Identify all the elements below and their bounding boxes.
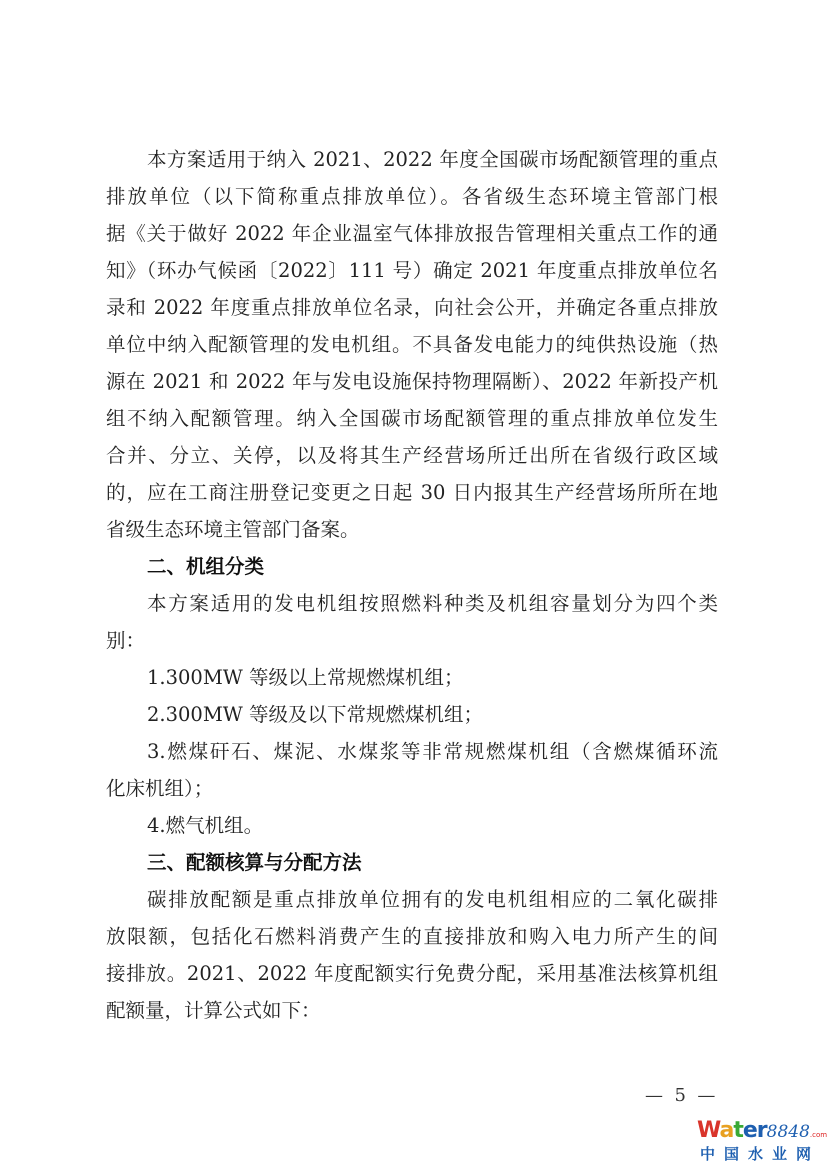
text-line: 排放单位（以下简称重点排放单位）。各省级生态环境主管部门根 <box>106 185 718 209</box>
text-line: 的，应在工商注册登记变更之日起 30 日内报其生产经营场所所在地 <box>106 481 718 505</box>
text-line: 录和 2022 年度重点排放单位名录，向社会公开，并确定各重点排放 <box>106 296 718 320</box>
logo-number: 8848 <box>767 1122 810 1142</box>
page-number: — 5 — <box>645 1086 715 1106</box>
logo-water-text: Water <box>697 1118 767 1143</box>
text-line: 合并、分立、关停，以及将其生产经营场所迁出所在省级行政区域 <box>106 444 718 468</box>
list-item-continuation: 化床机组）； <box>106 777 718 801</box>
text-line: 单位中纳入配额管理的发电机组。不具备发电能力的纯供热设施（热 <box>106 333 718 357</box>
logo-suffix: .com <box>810 1131 827 1139</box>
logo-letter: W <box>697 1118 719 1143</box>
text-line: 本方案适用的发电机组按照燃料种类及机组容量划分为四个类 <box>147 592 718 616</box>
text-line: 放限额，包括化石燃料消费产生的直接排放和购入电力所产生的间 <box>106 925 718 949</box>
section-heading-unit-classification: 二、机组分类 <box>147 555 264 579</box>
text-line: 配额量，计算公式如下： <box>106 999 718 1023</box>
logo-letter: e <box>743 1118 757 1143</box>
logo-letter: r <box>757 1118 767 1143</box>
text-line: 知》（环办气候函〔2022〕111 号）确定 2021 年度重点排放单位名 <box>106 259 718 283</box>
list-item: 1.300MW 等级以上常规燃煤机组； <box>147 666 718 690</box>
list-item: 2.300MW 等级及以下常规燃煤机组； <box>147 703 718 727</box>
logo-subtitle: 中国水业网 <box>700 1143 820 1164</box>
water8848-logo: Water8848.com 中国水业网 <box>697 1120 822 1164</box>
list-item: 3.燃煤矸石、煤泥、水煤浆等非常规燃煤机组（含燃煤循环流 <box>147 740 718 764</box>
text-line: 本方案适用于纳入 2021、2022 年度全国碳市场配额管理的重点 <box>147 148 718 172</box>
text-line: 别： <box>106 629 718 653</box>
text-line: 据《关于做好 2022 年企业温室气体排放报告管理相关重点工作的通 <box>106 222 718 246</box>
section-heading-allocation-method: 三、配额核算与分配方法 <box>147 851 362 875</box>
list-item: 4.燃气机组。 <box>147 814 718 838</box>
logo-letter: a <box>719 1118 733 1143</box>
text-line: 省级生态环境主管部门备案。 <box>106 518 718 542</box>
text-line: 碳排放配额是重点排放单位拥有的发电机组相应的二氧化碳排 <box>147 888 718 912</box>
logo-letter: t <box>733 1118 743 1143</box>
text-line: 接排放。2021、2022 年度配额实行免费分配，采用基准法核算机组 <box>106 962 718 986</box>
text-line: 源在 2021 和 2022 年与发电设施保持物理隔断）、2022 年新投产机 <box>106 370 718 394</box>
text-line: 组不纳入配额管理。纳入全国碳市场配额管理的重点排放单位发生 <box>106 407 718 431</box>
document-page: 本方案适用于纳入 2021、2022 年度全国碳市场配额管理的重点 排放单位（以… <box>0 0 827 1169</box>
